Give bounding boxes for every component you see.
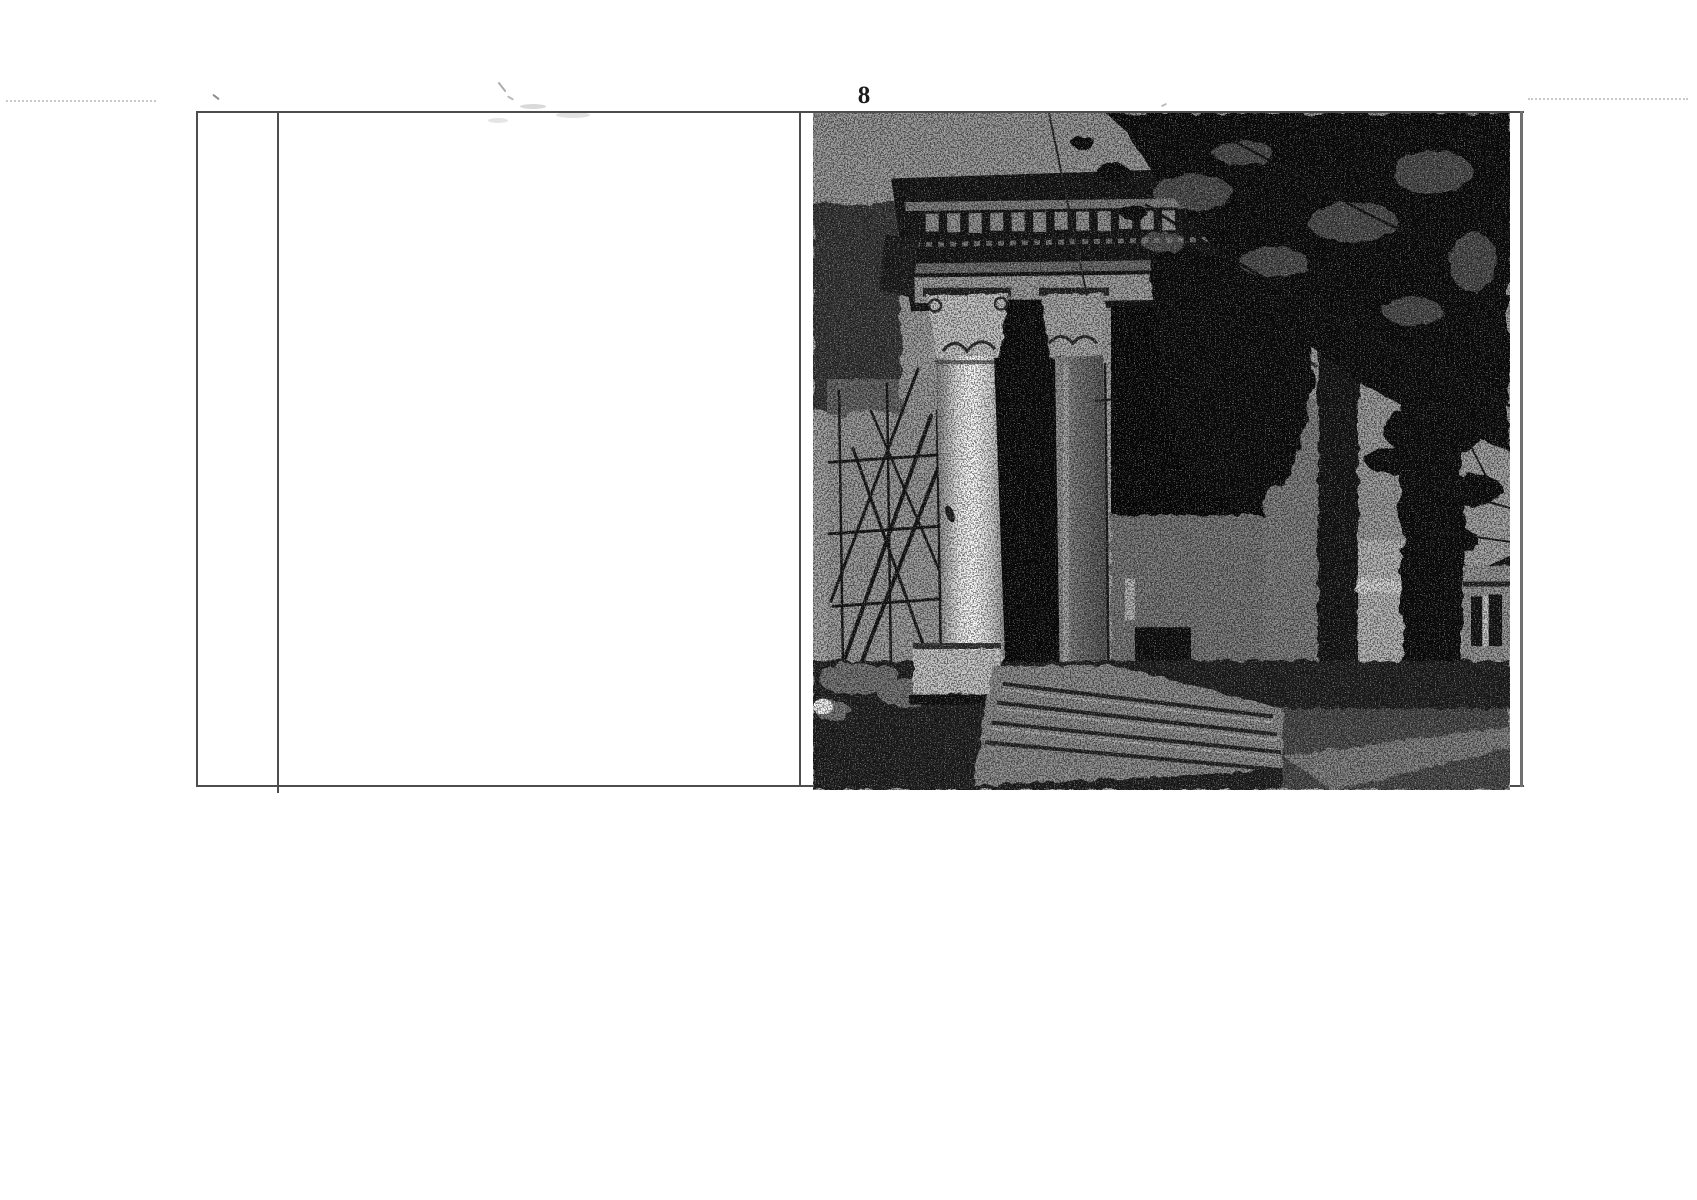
table-cell-wide	[279, 113, 799, 785]
scan-noise-left	[6, 100, 156, 102]
table-border-right	[1520, 111, 1523, 787]
table-divider-2	[799, 111, 801, 787]
portico-photograph	[813, 113, 1510, 790]
scan-speck	[498, 82, 507, 93]
scan-speck	[507, 95, 514, 100]
table-cell-narrow	[198, 113, 277, 785]
scan-smudge	[520, 104, 546, 109]
page-number: 8	[844, 82, 884, 110]
scan-noise-right	[1528, 98, 1688, 100]
scanned-document-page: 8	[0, 0, 1697, 1200]
scan-speck	[1161, 103, 1167, 107]
photo-grain-light	[813, 113, 1510, 790]
scan-speck	[212, 94, 220, 101]
